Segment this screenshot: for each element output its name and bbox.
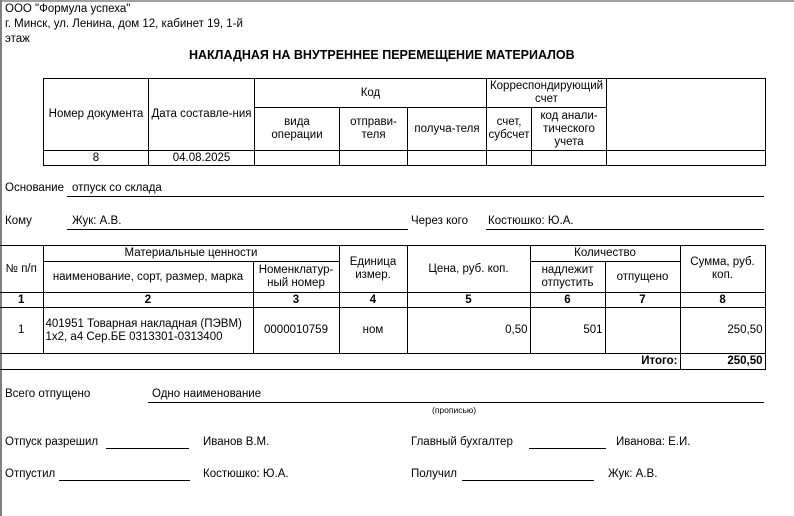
operation-value	[255, 151, 340, 166]
date-header: Дата составле-ния	[149, 79, 255, 151]
column-number: 1	[0, 293, 43, 308]
row-num: 1	[0, 308, 43, 354]
row-name: 401951 Товарная накладная (ПЭВМ) 1х2, а4…	[43, 308, 253, 354]
qty-due-header: надлежит отпустить	[530, 262, 605, 293]
num-header: № п/п	[0, 246, 43, 293]
header-table: Номер документа Дата составле-ния Код Ко…	[43, 78, 766, 166]
receiver-header: получа-теля	[408, 108, 487, 151]
org-address-line1: г. Минск, ул. Ленина, дом 12, кабинет 19…	[5, 18, 243, 30]
analytic-header: код анали-тического учета	[532, 108, 607, 151]
to-value: Жук: А.В.	[72, 215, 121, 227]
corr-account-header: Корреспондирующий счет	[487, 79, 607, 108]
permitted-name: Иванов В.М.	[203, 436, 269, 448]
table-row: 1 401951 Товарная накладная (ПЭВМ) 1х2, …	[0, 308, 765, 354]
analytic-value	[532, 151, 607, 166]
column-number: 6	[530, 293, 605, 308]
account-value	[487, 151, 532, 166]
date-value: 04.08.2025	[149, 151, 255, 166]
row-qty-due: 501	[530, 308, 605, 354]
name-header: наименование, сорт, размер, марка	[43, 262, 253, 293]
code-header: Код	[255, 79, 487, 108]
via-underline	[486, 229, 764, 230]
row-nomenclature: 0000010759	[253, 308, 339, 354]
permitted-label: Отпуск разрешил	[5, 436, 98, 448]
receiver-value	[408, 151, 487, 166]
operation-header: вида операции	[255, 108, 340, 151]
received-signature-line	[462, 480, 594, 481]
received-name: Жук: А.В.	[608, 468, 657, 480]
to-underline	[67, 229, 408, 230]
window-top-border	[0, 0, 794, 2]
row-sum: 250,50	[680, 308, 765, 354]
received-label: Получил	[411, 468, 457, 480]
via-label: Через кого	[411, 215, 468, 227]
column-number: 5	[407, 293, 530, 308]
column-number: 3	[253, 293, 339, 308]
total-value: 250,50	[680, 354, 765, 370]
row-unit: ном	[339, 308, 407, 354]
released-value: Одно наименование	[152, 388, 261, 400]
doc-number-value: 8	[44, 151, 149, 166]
accountant-signature-line	[529, 448, 606, 449]
to-label: Кому	[5, 215, 32, 227]
released-label: Всего отпущено	[5, 388, 90, 400]
price-header: Цена, руб. коп.	[407, 246, 530, 293]
column-number: 7	[605, 293, 680, 308]
nomenclature-header: Номенклатур-ный номер	[253, 262, 339, 293]
column-numbers-row: 1 2 3 4 5 6 7 8	[0, 293, 765, 308]
total-label: Итого:	[0, 354, 680, 370]
document-title: НАКЛАДНАЯ НА ВНУТРЕННЕЕ ПЕРЕМЕЩЕНИЕ МАТЕ…	[189, 48, 575, 62]
header-blank	[607, 79, 766, 151]
released-by-label: Отпустил	[5, 468, 55, 480]
basis-underline	[67, 196, 764, 197]
sender-value	[340, 151, 408, 166]
doc-number-header: Номер документа	[44, 79, 149, 151]
row-price: 0,50	[407, 308, 530, 354]
org-address-line2: этаж	[5, 33, 30, 45]
org-name: ООО "Формула успеха"	[5, 3, 130, 15]
column-number: 8	[680, 293, 765, 308]
released-by-signature-line	[59, 480, 190, 481]
blank-value	[607, 151, 766, 166]
basis-value: отпуск со склада	[72, 182, 162, 194]
material-header: Материальные ценности	[43, 246, 339, 262]
column-number: 4	[339, 293, 407, 308]
unit-header: Единица измер.	[339, 246, 407, 293]
items-table: № п/п Материальные ценности Единица изме…	[0, 245, 766, 370]
account-header: счет, субсчет	[487, 108, 532, 151]
column-number: 2	[43, 293, 253, 308]
sender-header: отправи-теля	[340, 108, 408, 151]
accountant-name: Иванова: Е.И.	[616, 436, 690, 448]
released-by-name: Костюшко: Ю.А.	[203, 468, 289, 480]
released-underline	[148, 402, 764, 403]
quantity-header: Количество	[530, 246, 680, 262]
basis-label: Основание	[5, 182, 64, 194]
permitted-signature-line	[106, 448, 189, 449]
sum-header: Сумма, руб. коп.	[680, 246, 765, 293]
via-value: Костюшко: Ю.А.	[488, 215, 574, 227]
qty-released-header: отпущено	[605, 262, 680, 293]
row-qty-released	[605, 308, 680, 354]
released-hint: (прописью)	[432, 405, 476, 415]
accountant-label: Главный бухгалтер	[411, 436, 513, 448]
